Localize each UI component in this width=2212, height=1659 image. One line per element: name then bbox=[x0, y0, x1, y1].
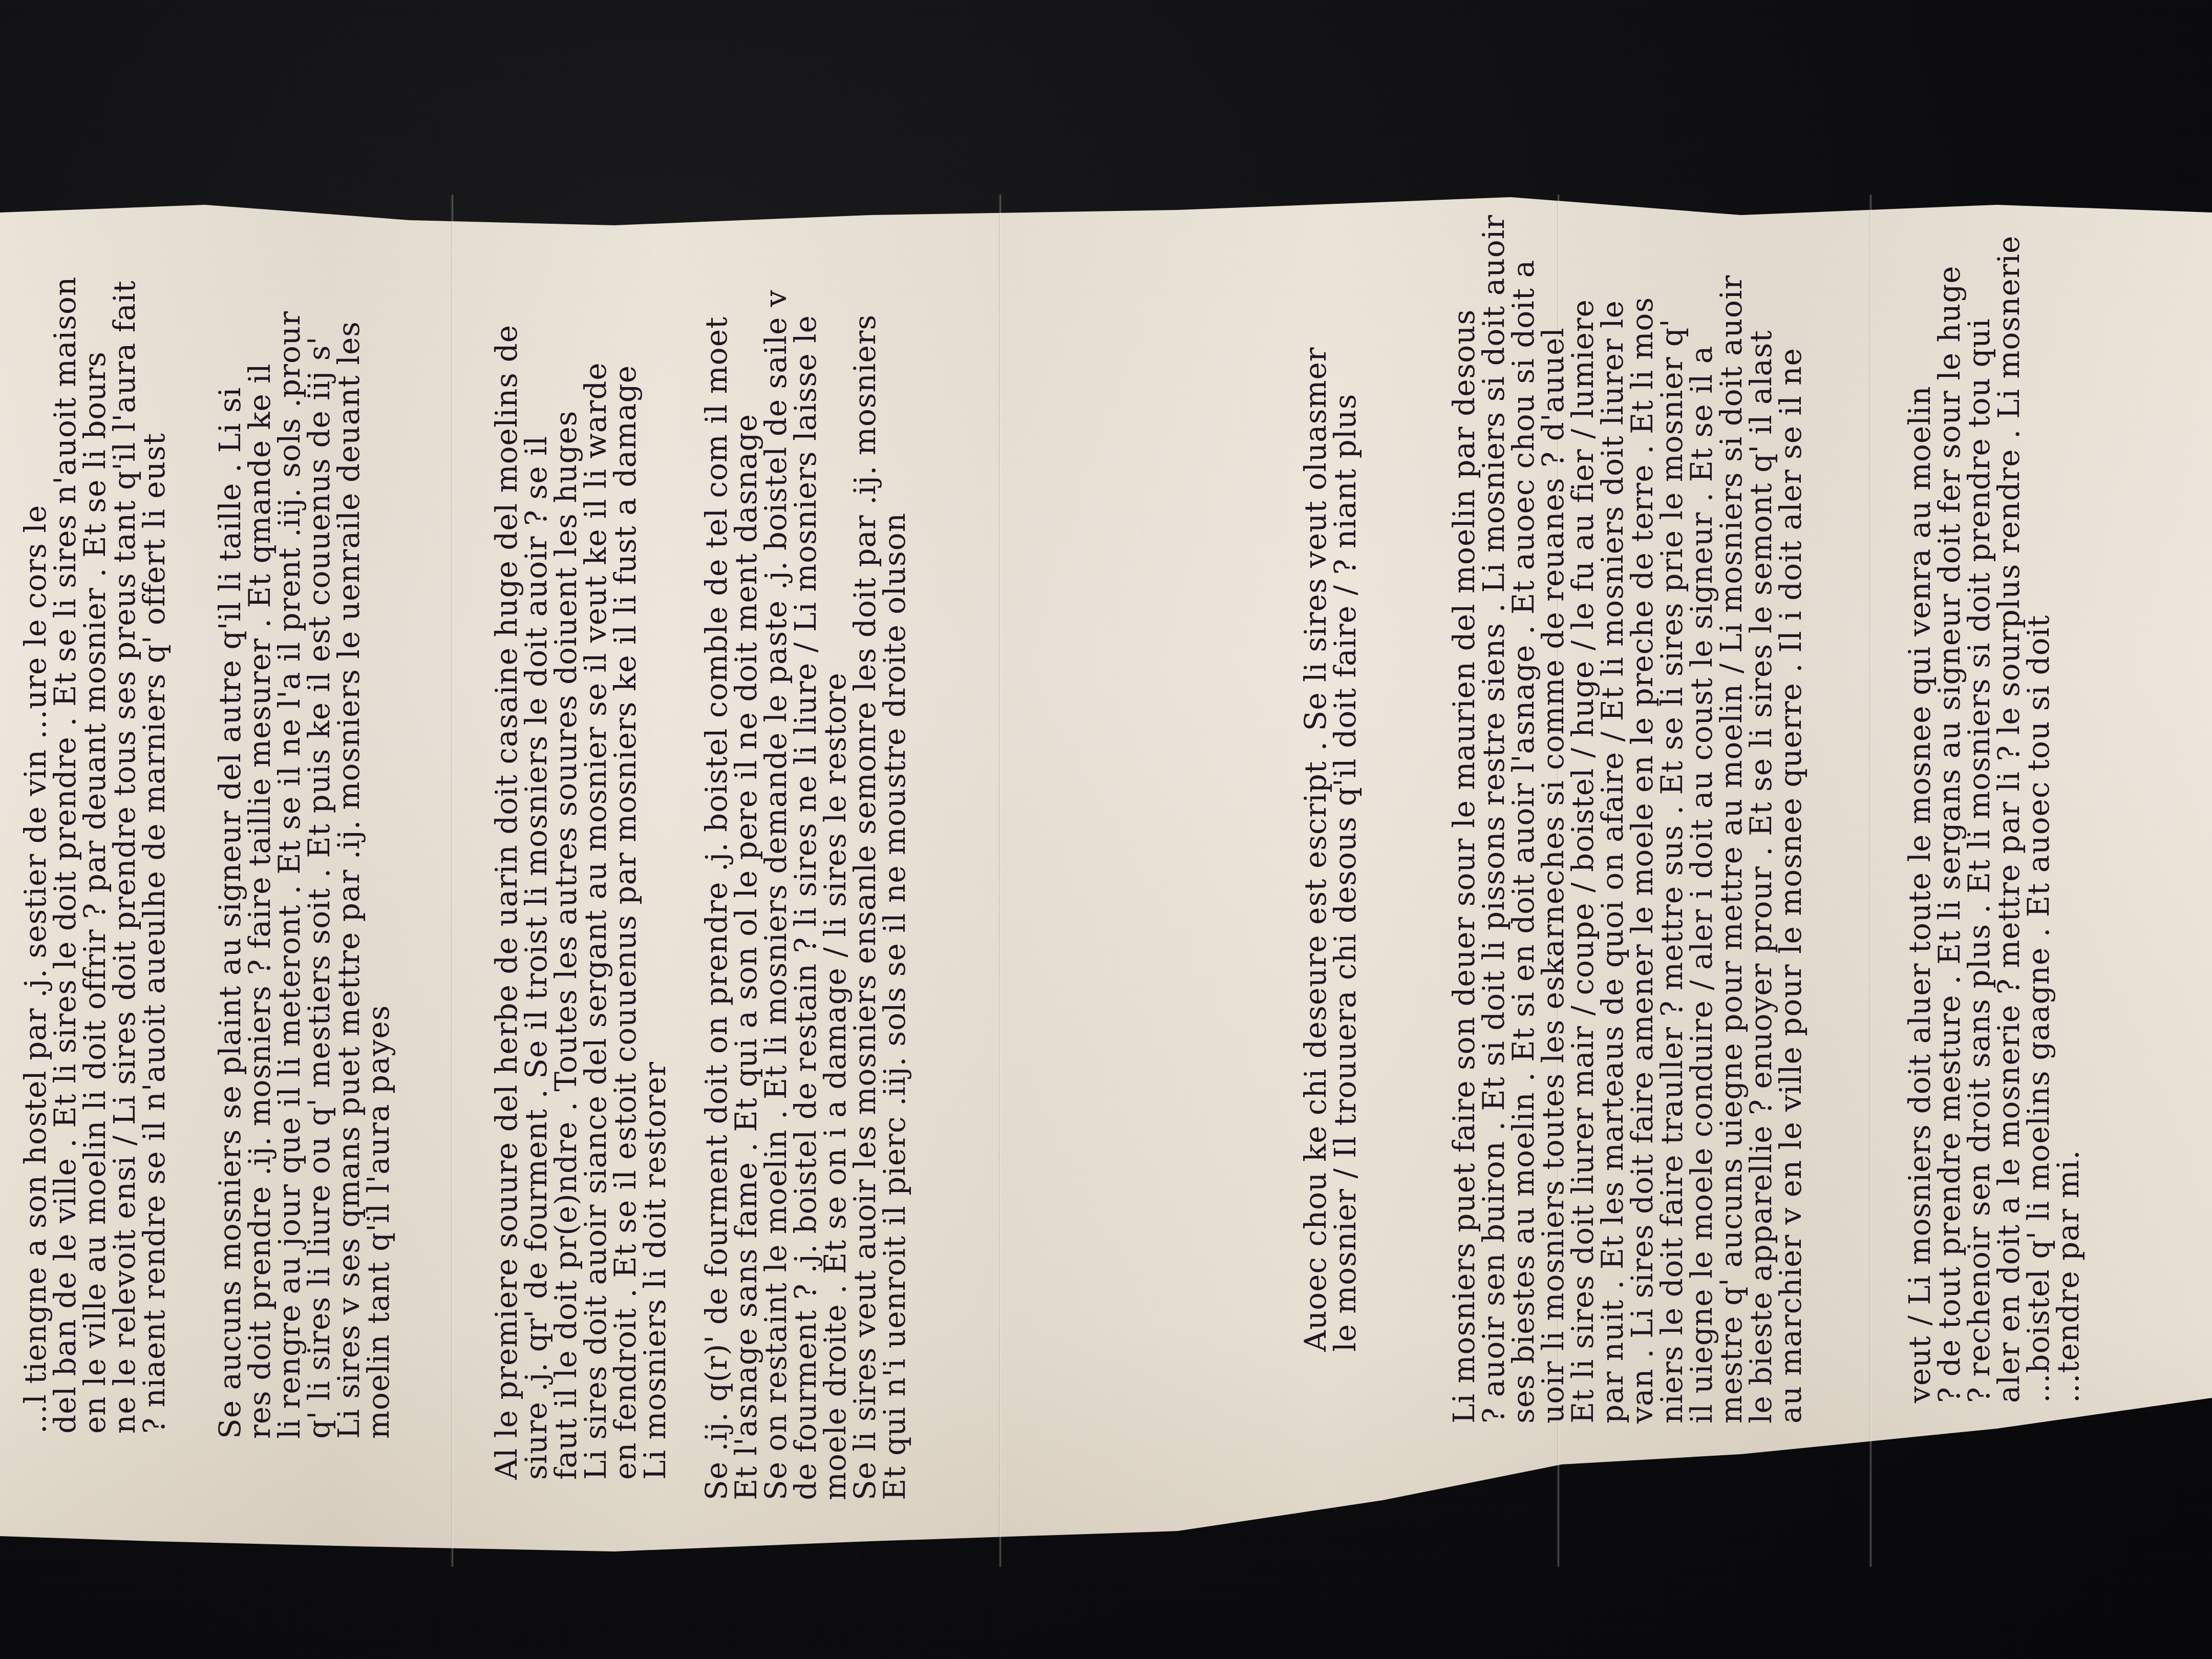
text-line: faut il le doit pr(e)ndre . Toutes les a… bbox=[551, 287, 581, 1480]
text-line: siure .j. qr' de fourment . Se il troist… bbox=[521, 287, 551, 1480]
text-line: le bieste apparellie ? enuoyer prour . E… bbox=[1746, 256, 1776, 1423]
text-line: mestre q' aucuns uiegne pour mettre au m… bbox=[1716, 256, 1746, 1423]
text-line: Se aucuns mosniers se plaint au signeur … bbox=[215, 246, 245, 1439]
text-line: le mosnier / Il trouuera chi desous q'il… bbox=[1330, 256, 1360, 1352]
text-line: ses biestes au moelin . Et si en doit au… bbox=[1508, 256, 1538, 1423]
text-line: van . Li sires doit faire amener le moel… bbox=[1627, 256, 1657, 1423]
text-line: Et li sires doit liurer mair / coupe / b… bbox=[1568, 256, 1598, 1423]
text-line: q' li sires li liure ou q' mestiers soit… bbox=[304, 246, 334, 1439]
text-line: en fendroit . Et se il estoit couuenus p… bbox=[610, 287, 640, 1480]
fold-crease bbox=[1869, 195, 1872, 1567]
manuscript-scroll: ...l tiengne a son hostel par .j. sestie… bbox=[0, 0, 2212, 1659]
text-line: ne le relevoit ensi / Li sires doit pren… bbox=[110, 215, 139, 1434]
text-line: aler en doit a le mosnerie ? mettre par … bbox=[1994, 225, 2024, 1403]
text-line: veut / Li mosniers doit aluer toute le m… bbox=[1905, 225, 1934, 1403]
text-line: ? auoir sen buiron . Et si doit li pisso… bbox=[1479, 256, 1508, 1423]
text-line: Li mosniers li doit restorer bbox=[640, 287, 670, 1480]
text-line: Auoec chou ke chi deseure est escript . … bbox=[1301, 256, 1330, 1352]
text-line: ...l tiengne a son hostel par .j. sestie… bbox=[20, 215, 50, 1434]
fold-crease bbox=[451, 195, 454, 1567]
text-line: Et qui n'i uenroit il pierc .iij. sols s… bbox=[880, 307, 909, 1500]
text-line: del ban de le ville . Et li sires le doi… bbox=[50, 215, 80, 1434]
text-column-6: Li mosniers puet faire son deuer sour le… bbox=[1449, 256, 1805, 1423]
text-line: li rengre au jour que il li meteront . E… bbox=[274, 246, 304, 1439]
text-line: ? rechenoir sen droit sans plus . Et li … bbox=[1964, 225, 1994, 1403]
text-column-3: Al le premiere souure del herbe de uarin… bbox=[492, 287, 670, 1480]
text-line: Se li sires veut auoir les mosniers ensa… bbox=[850, 307, 880, 1500]
text-line: ...boistel q' li moelins gaagne . Et auo… bbox=[2024, 225, 2053, 1403]
text-line: au marchier v en le ville pour le mosnee… bbox=[1776, 256, 1805, 1423]
fold-crease bbox=[998, 195, 1002, 1567]
text-line: ...tendre par mi. bbox=[2053, 225, 2083, 1403]
text-column-7: veut / Li mosniers doit aluer toute le m… bbox=[1905, 225, 2083, 1403]
text-line: Se on restaint le moelin . Et li mosnier… bbox=[761, 307, 791, 1500]
text-line: Et l'asnage sans fame . Et qui a son ol … bbox=[731, 307, 761, 1500]
text-line: Li sires doit auoir siance del sergant a… bbox=[581, 287, 610, 1480]
text-column-1: ...l tiengne a son hostel par .j. sestie… bbox=[20, 215, 169, 1434]
text-line: Al le premiere souure del herbe de uarin… bbox=[492, 287, 521, 1480]
text-line: ? de tout prendre mesture . Et li sergan… bbox=[1934, 225, 1964, 1403]
text-line: uoir li mosniers toutes les eskarneches … bbox=[1538, 256, 1568, 1423]
text-line: res doit prendre .ij. mosniers ? faire t… bbox=[245, 246, 274, 1439]
text-line: il uiegne le moele conduire / aler i doi… bbox=[1687, 256, 1716, 1423]
text-line: moele droite . Et se on i a damage / li … bbox=[820, 307, 850, 1500]
text-line: ? niaent rendre se il n'auoit aueulhe de… bbox=[139, 215, 169, 1434]
text-column-4: Se .ij. q(r)' de fourment doit on prendr… bbox=[701, 307, 909, 1500]
text-line: moelin tant q'il l'aura payes bbox=[364, 246, 393, 1439]
text-column-2: Se aucuns mosniers se plaint au signeur … bbox=[215, 246, 393, 1439]
text-line: par nuit . Et les marteaus de quoi on af… bbox=[1598, 256, 1627, 1423]
text-line: en le ville au moelin li doit offrir ? p… bbox=[80, 215, 110, 1434]
text-line: Li sires v ses qmans puet mettre par .ij… bbox=[334, 246, 364, 1439]
text-line: niers le doit faire trauller ? mettre su… bbox=[1657, 256, 1687, 1423]
text-line: Li mosniers puet faire son deuer sour le… bbox=[1449, 256, 1479, 1423]
text-line: Se .ij. q(r)' de fourment doit on prendr… bbox=[701, 307, 731, 1500]
text-line: de fourment ? .j. boistel de restain ? l… bbox=[791, 307, 820, 1500]
text-column-5: Auoec chou ke chi deseure est escript . … bbox=[1301, 256, 1360, 1352]
